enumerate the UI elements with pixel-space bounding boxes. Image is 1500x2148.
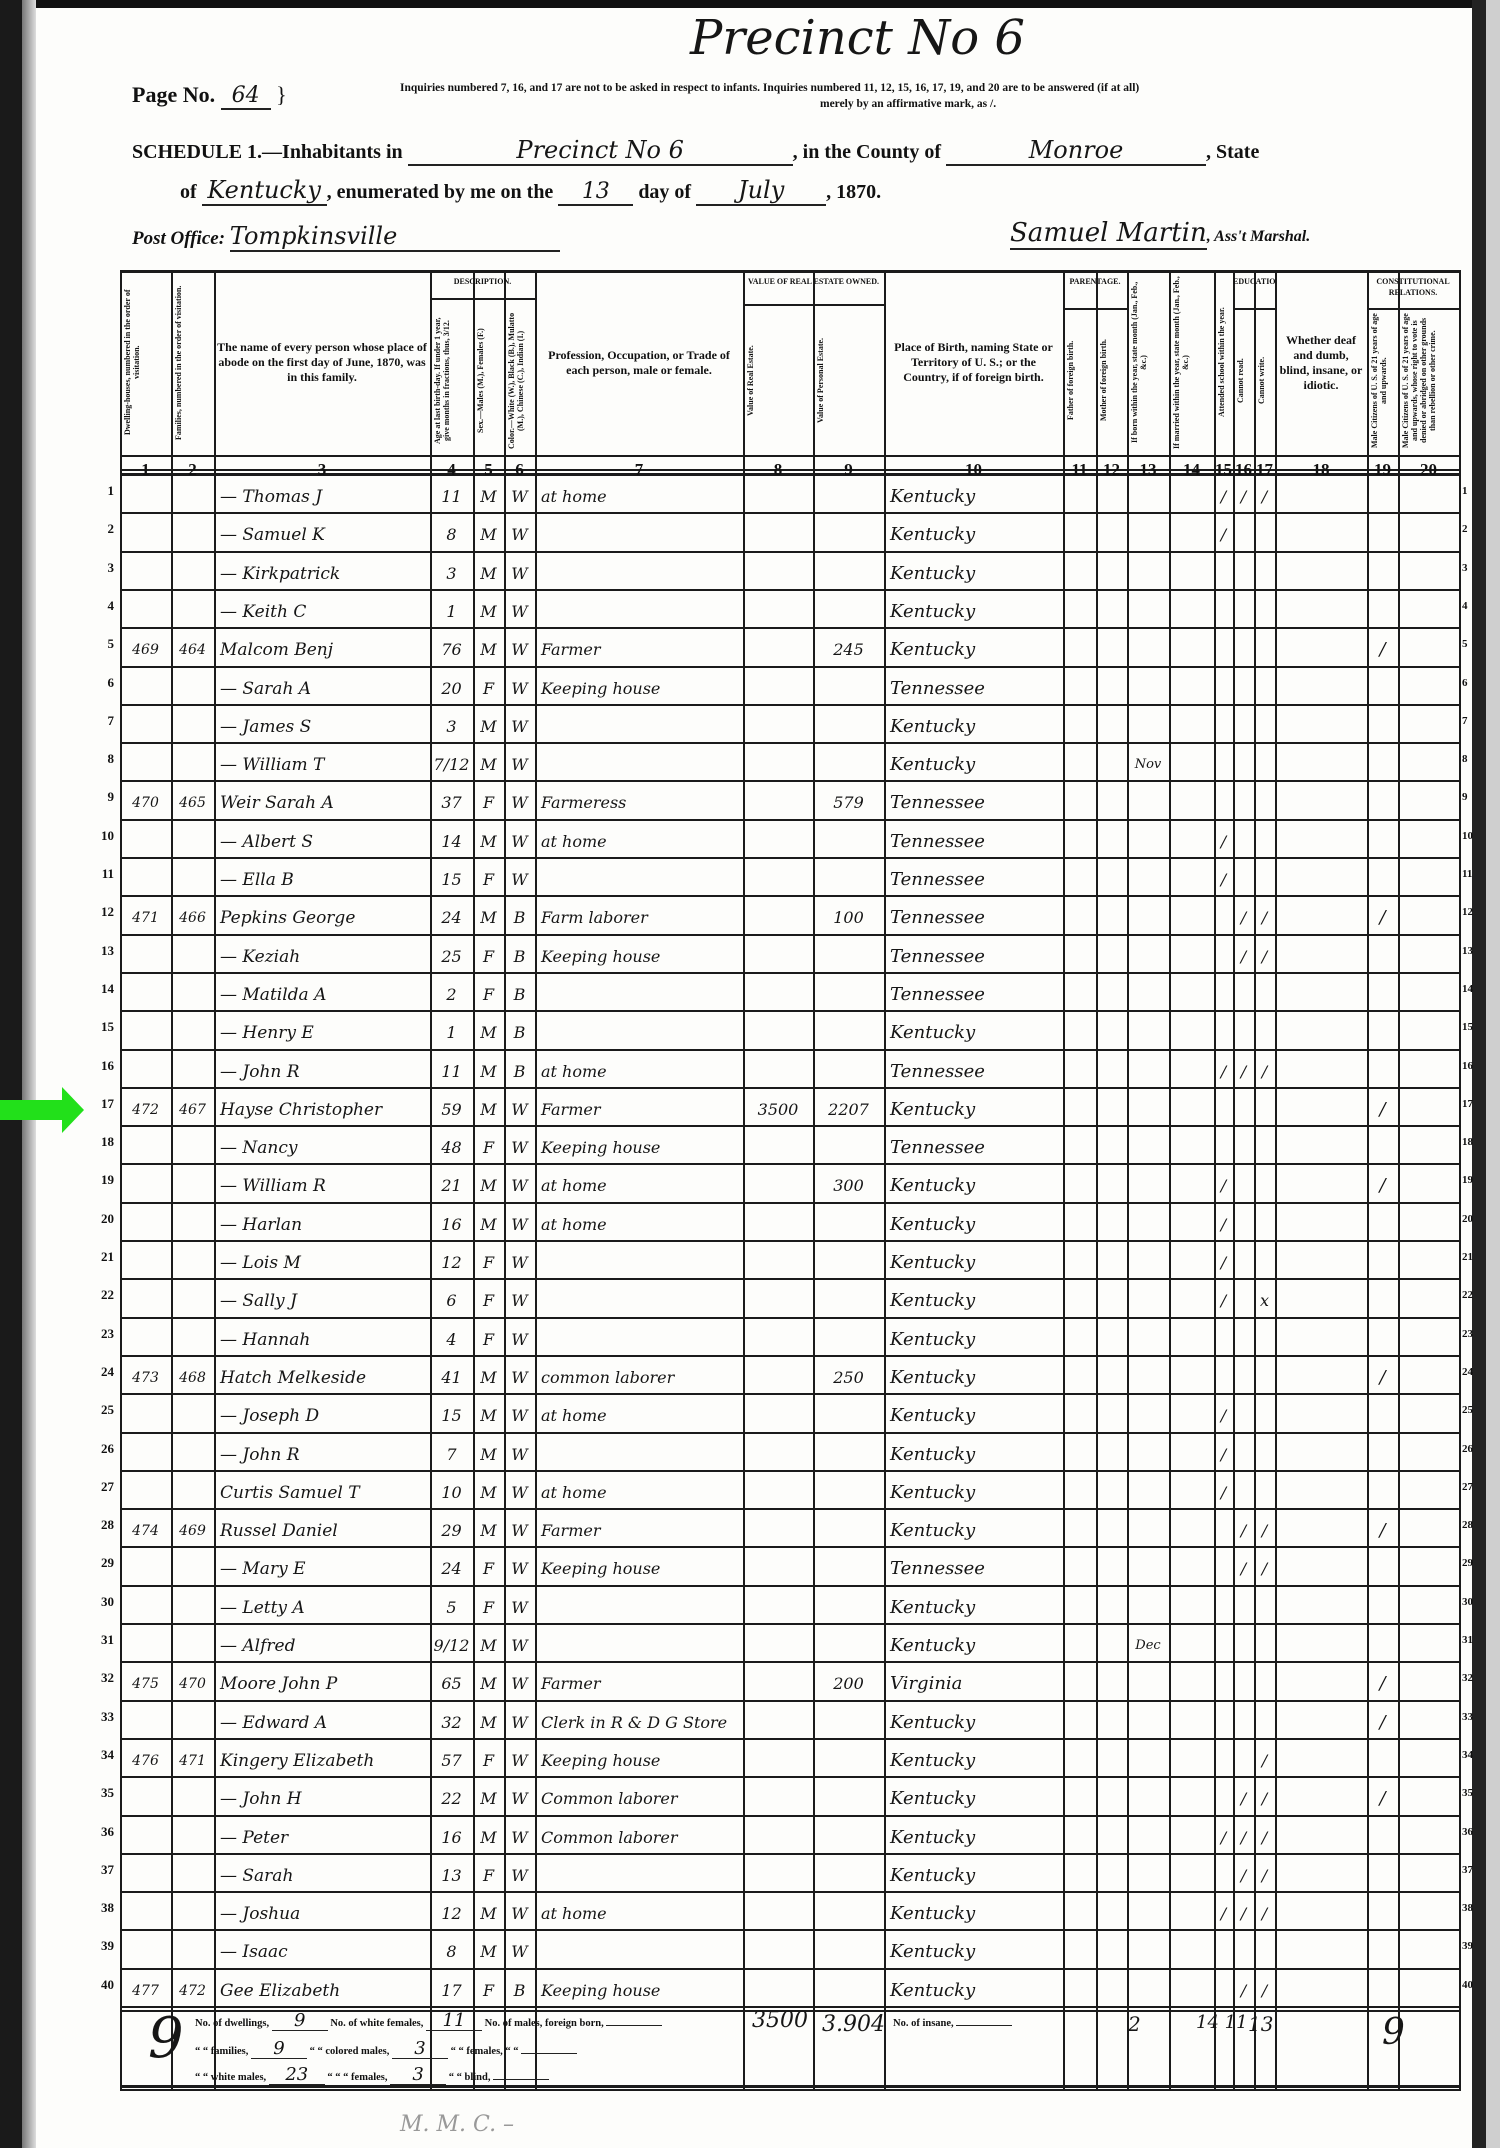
cell-c13 bbox=[1127, 1203, 1169, 1241]
cell-real bbox=[743, 743, 813, 781]
cell-family bbox=[171, 1892, 214, 1930]
cell-c17 bbox=[1254, 1586, 1275, 1624]
cell-c19 bbox=[1367, 1471, 1398, 1509]
line-number-left: 11 bbox=[84, 866, 114, 882]
cell-name: Weir Sarah A bbox=[220, 781, 430, 819]
cell-name: — William R bbox=[220, 1164, 430, 1202]
cell-c17 bbox=[1254, 1662, 1275, 1700]
families-label: “ “ families, bbox=[195, 2046, 248, 2057]
cell-c13 bbox=[1127, 896, 1169, 934]
line-number-left: 36 bbox=[84, 1824, 114, 1840]
line-number-right: 31 bbox=[1462, 1634, 1473, 1646]
group-divider bbox=[1063, 308, 1127, 310]
cell-c15 bbox=[1214, 1356, 1233, 1394]
line-number-left: 40 bbox=[84, 1977, 114, 1993]
cell-dwelling bbox=[120, 1892, 171, 1930]
cell-dwelling bbox=[120, 552, 171, 590]
cell-c19 bbox=[1367, 475, 1398, 513]
table-row: 472467Hayse Christopher59MWFarmer3500220… bbox=[120, 1088, 1466, 1126]
cell-family bbox=[171, 705, 214, 743]
cell-c19: / bbox=[1367, 1088, 1398, 1126]
column-header-18: Whether deaf and dumb, blind, insane, or… bbox=[1278, 276, 1364, 449]
cell-occupation: at home bbox=[541, 1164, 743, 1202]
line-number-right: 8 bbox=[1462, 753, 1468, 765]
cell-sex: M bbox=[473, 1011, 504, 1049]
cell-dwelling bbox=[120, 1241, 171, 1279]
line-number-right: 3 bbox=[1462, 562, 1468, 574]
cell-age: 29 bbox=[430, 1509, 473, 1547]
cell-sex: M bbox=[473, 1203, 504, 1241]
cell-personal bbox=[813, 858, 884, 896]
line-number-right: 9 bbox=[1462, 791, 1468, 803]
cell-sex: F bbox=[473, 1126, 504, 1164]
cell-sex: M bbox=[473, 513, 504, 551]
cell-birthplace: Kentucky bbox=[890, 1854, 1063, 1892]
post-office-field: Tompkinsville bbox=[230, 222, 560, 252]
line-number-left: 3 bbox=[84, 560, 114, 576]
cell-sex: F bbox=[473, 667, 504, 705]
cell-dwelling bbox=[120, 1816, 171, 1854]
cell-c16 bbox=[1233, 1739, 1254, 1777]
cell-c19: / bbox=[1367, 1662, 1398, 1700]
cell-c15: / bbox=[1214, 1241, 1233, 1279]
cell-c19: / bbox=[1367, 1164, 1398, 1202]
cell-c13 bbox=[1127, 820, 1169, 858]
cell-name: — Matilda A bbox=[220, 973, 430, 1011]
cell-personal bbox=[813, 1624, 884, 1662]
cell-color: B bbox=[504, 896, 535, 934]
cell-age: 1 bbox=[430, 590, 473, 628]
cell-c19 bbox=[1367, 1433, 1398, 1471]
cell-sex: M bbox=[473, 1662, 504, 1700]
cell-personal bbox=[813, 1969, 884, 2007]
cell-age: 8 bbox=[430, 513, 473, 551]
column-header-3: The name of every person whose place of … bbox=[217, 276, 427, 449]
cell-family: 464 bbox=[171, 628, 214, 666]
cell-c15: / bbox=[1214, 1164, 1233, 1202]
cell-family bbox=[171, 1586, 214, 1624]
cell-birthplace: Kentucky bbox=[890, 1164, 1063, 1202]
line-number-right: 13 bbox=[1462, 945, 1473, 957]
cell-c17 bbox=[1254, 1471, 1275, 1509]
cell-real bbox=[743, 1701, 813, 1739]
cell-sex: M bbox=[473, 1816, 504, 1854]
cell-name: Kingery Elizabeth bbox=[220, 1739, 430, 1777]
cell-c17: / bbox=[1254, 896, 1275, 934]
cell-color: W bbox=[504, 475, 535, 513]
cell-color: W bbox=[504, 1816, 535, 1854]
cell-birthplace: Kentucky bbox=[890, 1930, 1063, 1968]
cell-color: W bbox=[504, 1241, 535, 1279]
cell-c17 bbox=[1254, 1624, 1275, 1662]
cell-c15 bbox=[1214, 1318, 1233, 1356]
cell-c19 bbox=[1367, 820, 1398, 858]
cell-c16: / bbox=[1233, 1547, 1254, 1585]
cell-color: W bbox=[504, 1433, 535, 1471]
table-row: — Albert S14MWat homeTennessee/ bbox=[120, 820, 1466, 858]
cell-personal bbox=[813, 1279, 884, 1317]
cell-personal bbox=[813, 1854, 884, 1892]
scan-right-margin bbox=[1486, 0, 1500, 2148]
cell-real bbox=[743, 705, 813, 743]
cell-dwelling bbox=[120, 1586, 171, 1624]
table-row: — Mary E24FWKeeping houseTennessee// bbox=[120, 1547, 1466, 1585]
line-number-left: 39 bbox=[84, 1938, 114, 1954]
cell-c13 bbox=[1127, 1318, 1169, 1356]
cell-age: 37 bbox=[430, 781, 473, 819]
cell-real bbox=[743, 1662, 813, 1700]
line-number-left: 12 bbox=[84, 904, 114, 920]
cell-real bbox=[743, 667, 813, 705]
cell-occupation bbox=[541, 973, 743, 1011]
cell-birthplace: Kentucky bbox=[890, 705, 1063, 743]
cell-c15: / bbox=[1214, 820, 1233, 858]
cell-sex: M bbox=[473, 552, 504, 590]
cell-c17 bbox=[1254, 1203, 1275, 1241]
cell-c16 bbox=[1233, 1011, 1254, 1049]
line-number-right: 2 bbox=[1462, 523, 1468, 535]
cell-c19 bbox=[1367, 1394, 1398, 1432]
cell-dwelling bbox=[120, 1279, 171, 1317]
cell-age: 14 bbox=[430, 820, 473, 858]
cell-dwelling bbox=[120, 1011, 171, 1049]
line-number-left: 2 bbox=[84, 521, 114, 537]
cell-age: 4 bbox=[430, 1318, 473, 1356]
cell-personal bbox=[813, 1739, 884, 1777]
line-number-left: 13 bbox=[84, 943, 114, 959]
cell-color: W bbox=[504, 705, 535, 743]
cell-c19 bbox=[1367, 513, 1398, 551]
cell-c17: / bbox=[1254, 1892, 1275, 1930]
group-header-constitutional: CONSTITUTIONAL RELATIONS. bbox=[1367, 276, 1459, 298]
cell-c16: / bbox=[1233, 1509, 1254, 1547]
colored-males-label: “ “ colored males, bbox=[310, 2046, 390, 2057]
line-number-left: 6 bbox=[84, 675, 114, 691]
cell-family bbox=[171, 513, 214, 551]
cell-c19 bbox=[1367, 935, 1398, 973]
line-number-right: 5 bbox=[1462, 638, 1468, 650]
cell-family bbox=[171, 1241, 214, 1279]
cell-family bbox=[171, 1816, 214, 1854]
cell-c17: / bbox=[1254, 1777, 1275, 1815]
column-header-11: Father of foreign birth. bbox=[1066, 312, 1093, 449]
table-row: — Sarah A20FWKeeping houseTennessee bbox=[120, 667, 1466, 705]
line-number-left: 38 bbox=[84, 1900, 114, 1916]
cell-sex: M bbox=[473, 1356, 504, 1394]
enumerated-label: , enumerated by me on the bbox=[327, 181, 554, 203]
cell-age: 59 bbox=[430, 1088, 473, 1126]
cell-real bbox=[743, 552, 813, 590]
cell-real bbox=[743, 820, 813, 858]
cell-c13 bbox=[1127, 1471, 1169, 1509]
cell-birthplace: Kentucky bbox=[890, 1509, 1063, 1547]
cell-occupation bbox=[541, 743, 743, 781]
cell-c19 bbox=[1367, 705, 1398, 743]
summary-row-1: No. of dwellings, 9 No. of white females… bbox=[195, 2012, 662, 2031]
column-header-6: Color.—White (W.), Black (B.), Mulatto (… bbox=[507, 312, 532, 449]
cell-name: Malcom Benj bbox=[220, 628, 430, 666]
cell-sex: M bbox=[473, 1892, 504, 1930]
cell-sex: M bbox=[473, 1930, 504, 1968]
cell-c15 bbox=[1214, 1088, 1233, 1126]
line-number-left: 7 bbox=[84, 713, 114, 729]
cell-real bbox=[743, 1969, 813, 2007]
scan-left-shadow bbox=[22, 0, 36, 2148]
cell-color: B bbox=[504, 935, 535, 973]
cell-family: 465 bbox=[171, 781, 214, 819]
cell-dwelling: 475 bbox=[120, 1662, 171, 1700]
line-number-right: 7 bbox=[1462, 715, 1468, 727]
cell-family bbox=[171, 743, 214, 781]
cell-birthplace: Kentucky bbox=[890, 1624, 1063, 1662]
marshal-label: , Ass't Marshal. bbox=[1207, 228, 1310, 245]
males-foreign-count bbox=[606, 2025, 662, 2026]
cell-occupation: Keeping house bbox=[541, 1126, 743, 1164]
cell-name: Gee Elizabeth bbox=[220, 1969, 430, 2007]
line-number-right: 12 bbox=[1462, 906, 1473, 918]
cell-c16 bbox=[1233, 1662, 1254, 1700]
cell-real bbox=[743, 1739, 813, 1777]
cell-c16: / bbox=[1233, 1969, 1254, 2007]
cell-real bbox=[743, 1777, 813, 1815]
cell-birthplace: Kentucky bbox=[890, 1318, 1063, 1356]
table-row: — Isaac8MWKentucky bbox=[120, 1930, 1466, 1968]
cell-c17 bbox=[1254, 858, 1275, 896]
cell-occupation: at home bbox=[541, 1471, 743, 1509]
cell-c16 bbox=[1233, 1088, 1254, 1126]
cell-birthplace: Kentucky bbox=[890, 1011, 1063, 1049]
group-divider bbox=[743, 304, 884, 306]
table-row: 470465Weir Sarah A37FWFarmeress579Tennes… bbox=[120, 781, 1466, 819]
table-row: — Nancy48FWKeeping houseTennessee bbox=[120, 1126, 1466, 1164]
cell-color: W bbox=[504, 1164, 535, 1202]
total-personal-estate: 3.904 bbox=[822, 2012, 885, 2037]
census-table: DESCRIPTION.VALUE OF REAL ESTATE OWNED.P… bbox=[120, 270, 1466, 2090]
cell-c15 bbox=[1214, 1624, 1233, 1662]
cell-occupation: Keeping house bbox=[541, 935, 743, 973]
line-number-left: 25 bbox=[84, 1402, 114, 1418]
cell-c19: / bbox=[1367, 896, 1398, 934]
cell-c13 bbox=[1127, 667, 1169, 705]
cell-real bbox=[743, 1203, 813, 1241]
cell-color: W bbox=[504, 743, 535, 781]
females-foreign-label: “ “ females, “ “ bbox=[451, 2046, 519, 2057]
line-number-left: 30 bbox=[84, 1594, 114, 1610]
line-number-left: 10 bbox=[84, 828, 114, 844]
cell-name: — Keziah bbox=[220, 935, 430, 973]
cell-name: — Isaac bbox=[220, 1930, 430, 1968]
cell-c16 bbox=[1233, 1164, 1254, 1202]
footer-note: M. M. C. – bbox=[400, 2112, 514, 2137]
cell-birthplace: Kentucky bbox=[890, 1394, 1063, 1432]
cell-age: 16 bbox=[430, 1816, 473, 1854]
line-number-left: 1 bbox=[84, 483, 114, 499]
cell-birthplace: Kentucky bbox=[890, 628, 1063, 666]
line-number-left: 28 bbox=[84, 1517, 114, 1533]
cell-c16 bbox=[1233, 858, 1254, 896]
cell-birthplace: Kentucky bbox=[890, 552, 1063, 590]
cell-color: W bbox=[504, 513, 535, 551]
cell-dwelling bbox=[120, 513, 171, 551]
cell-personal bbox=[813, 1701, 884, 1739]
table-row: — Letty A5FWKentucky bbox=[120, 1586, 1466, 1624]
cell-c17 bbox=[1254, 1356, 1275, 1394]
cell-c15 bbox=[1214, 705, 1233, 743]
cell-age: 24 bbox=[430, 896, 473, 934]
table-row: — Matilda A2FBTennessee bbox=[120, 973, 1466, 1011]
cell-c15 bbox=[1214, 973, 1233, 1011]
cell-occupation bbox=[541, 1854, 743, 1892]
cell-dwelling bbox=[120, 1203, 171, 1241]
insane-count bbox=[956, 2025, 1012, 2026]
column-header-20: Male Citizens of U. S. of 21 years of ag… bbox=[1401, 312, 1456, 449]
cell-occupation bbox=[541, 1586, 743, 1624]
cell-personal: 250 bbox=[813, 1356, 884, 1394]
cell-c19 bbox=[1367, 1050, 1398, 1088]
cell-color: W bbox=[504, 1356, 535, 1394]
cell-personal bbox=[813, 1011, 884, 1049]
cell-occupation: Farmer bbox=[541, 1662, 743, 1700]
cell-color: W bbox=[504, 1203, 535, 1241]
cell-age: 5 bbox=[430, 1586, 473, 1624]
cell-personal bbox=[813, 1050, 884, 1088]
cell-birthplace: Virginia bbox=[890, 1662, 1063, 1700]
cell-real bbox=[743, 1318, 813, 1356]
cell-family: 468 bbox=[171, 1356, 214, 1394]
males-foreign-label: No. of males, foreign born, bbox=[485, 2018, 604, 2029]
column-header-19: Male Citizens of U. S. of 21 years of ag… bbox=[1370, 312, 1395, 449]
cell-color: W bbox=[504, 590, 535, 628]
instructions-line-1: Inquiries numbered 7, 16, and 17 are not… bbox=[400, 82, 1139, 94]
cell-c17 bbox=[1254, 1318, 1275, 1356]
line-number-left: 19 bbox=[84, 1172, 114, 1188]
cell-c17 bbox=[1254, 590, 1275, 628]
cell-color: W bbox=[504, 1279, 535, 1317]
cell-c16 bbox=[1233, 1471, 1254, 1509]
cell-c17 bbox=[1254, 1126, 1275, 1164]
cell-name: — Sarah A bbox=[220, 667, 430, 705]
cell-occupation bbox=[541, 1241, 743, 1279]
cell-age: 12 bbox=[430, 1892, 473, 1930]
cell-dwelling: 477 bbox=[120, 1969, 171, 2007]
day-field: 13 bbox=[558, 179, 633, 206]
cell-birthplace: Kentucky bbox=[890, 513, 1063, 551]
line-number-left: 26 bbox=[84, 1441, 114, 1457]
cell-real bbox=[743, 1509, 813, 1547]
group-header-value-estate: VALUE OF REAL ESTATE OWNED. bbox=[743, 276, 884, 287]
cell-sex: M bbox=[473, 743, 504, 781]
table-row: — Thomas J11MWat homeKentucky/// bbox=[120, 475, 1466, 513]
table-row: — Ella B15FWTennessee/ bbox=[120, 858, 1466, 896]
table-row: 475470Moore John P65MWFarmer200Virginia/ bbox=[120, 1662, 1466, 1700]
cell-real bbox=[743, 513, 813, 551]
column-header-7: Profession, Occupation, or Trade of each… bbox=[538, 276, 740, 449]
cell-c17 bbox=[1254, 628, 1275, 666]
group-divider bbox=[430, 298, 535, 300]
cell-family bbox=[171, 475, 214, 513]
cell-c17 bbox=[1254, 743, 1275, 781]
column-header-9: Value of Personal Estate. bbox=[816, 312, 881, 449]
table-row: — Joseph D15MWat homeKentucky/ bbox=[120, 1394, 1466, 1432]
cell-c15 bbox=[1214, 1930, 1233, 1968]
cell-c16: / bbox=[1233, 1777, 1254, 1815]
cell-c16 bbox=[1233, 1356, 1254, 1394]
line-number-left: 8 bbox=[84, 751, 114, 767]
cell-family bbox=[171, 1011, 214, 1049]
cell-c13 bbox=[1127, 1586, 1169, 1624]
cell-real bbox=[743, 935, 813, 973]
cell-c13 bbox=[1127, 973, 1169, 1011]
cell-age: 7 bbox=[430, 1433, 473, 1471]
cell-family: 471 bbox=[171, 1739, 214, 1777]
cell-c13 bbox=[1127, 1279, 1169, 1317]
cell-birthplace: Tennessee bbox=[890, 1547, 1063, 1585]
cell-dwelling bbox=[120, 667, 171, 705]
cell-real bbox=[743, 1433, 813, 1471]
cell-c13 bbox=[1127, 1241, 1169, 1279]
line-number-left: 35 bbox=[84, 1785, 114, 1801]
precinct-annotation: Precinct No 6 bbox=[690, 10, 1025, 66]
table-row: 469464Malcom Benj76MWFarmer245Kentucky/ bbox=[120, 628, 1466, 666]
cell-color: W bbox=[504, 1394, 535, 1432]
cell-c19 bbox=[1367, 1854, 1398, 1892]
line-number-right: 25 bbox=[1462, 1404, 1473, 1416]
line-number-left: 4 bbox=[84, 598, 114, 614]
cell-family bbox=[171, 1203, 214, 1241]
cell-color: B bbox=[504, 1050, 535, 1088]
cell-dwelling bbox=[120, 1624, 171, 1662]
cell-personal bbox=[813, 667, 884, 705]
cell-c16 bbox=[1233, 1624, 1254, 1662]
line-number-right: 21 bbox=[1462, 1251, 1473, 1263]
cell-occupation: Farmer bbox=[541, 1509, 743, 1547]
cell-real bbox=[743, 1241, 813, 1279]
cell-personal bbox=[813, 1241, 884, 1279]
cell-occupation: Farmeress bbox=[541, 781, 743, 819]
county-label: , in the County of bbox=[793, 141, 941, 163]
summary-row-2: “ “ families, 9 “ “ colored males, 3 “ “… bbox=[195, 2040, 577, 2059]
cell-personal: 245 bbox=[813, 628, 884, 666]
cell-birthplace: Kentucky bbox=[890, 1433, 1063, 1471]
cell-color: W bbox=[504, 1547, 535, 1585]
cell-real bbox=[743, 858, 813, 896]
cell-personal: 2207 bbox=[813, 1088, 884, 1126]
cell-real bbox=[743, 1279, 813, 1317]
cell-personal bbox=[813, 513, 884, 551]
cell-color: W bbox=[504, 781, 535, 819]
cell-c17 bbox=[1254, 1164, 1275, 1202]
table-row: — Alfred9/12MWKentuckyDec bbox=[120, 1624, 1466, 1662]
cell-color: W bbox=[504, 667, 535, 705]
cell-personal bbox=[813, 1394, 884, 1432]
cell-sex: M bbox=[473, 1624, 504, 1662]
cell-c19 bbox=[1367, 1816, 1398, 1854]
cell-name: — Letty A bbox=[220, 1586, 430, 1624]
cell-c19 bbox=[1367, 1739, 1398, 1777]
cell-real bbox=[743, 1892, 813, 1930]
marshal-line: Samuel Martin, Ass't Marshal. bbox=[1010, 218, 1310, 248]
cell-age: 22 bbox=[430, 1777, 473, 1815]
cell-family bbox=[171, 667, 214, 705]
column-header-14: If married within the year, state month … bbox=[1172, 276, 1211, 449]
cell-age: 9/12 bbox=[430, 1624, 473, 1662]
cell-dwelling: 469 bbox=[120, 628, 171, 666]
cell-c13 bbox=[1127, 1816, 1169, 1854]
cell-occupation: common laborer bbox=[541, 1356, 743, 1394]
cell-name: Curtis Samuel T bbox=[220, 1471, 430, 1509]
cell-c17 bbox=[1254, 1241, 1275, 1279]
cell-sex: F bbox=[473, 1279, 504, 1317]
